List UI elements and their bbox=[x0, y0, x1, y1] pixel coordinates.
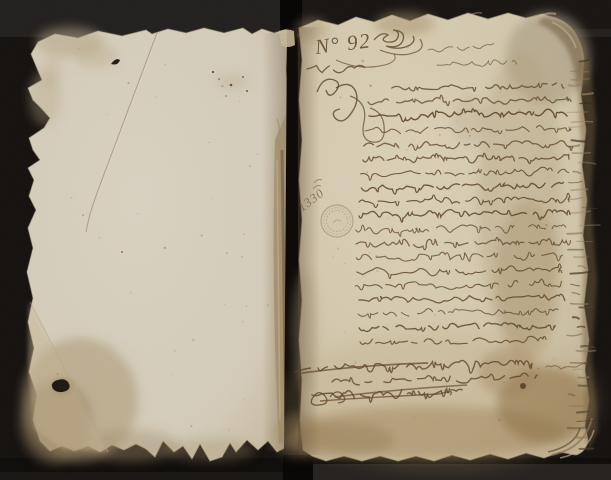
manuscript-scan-viewport: N° 92 1330 bbox=[0, 0, 611, 480]
manuscript-photo: N° 92 1330 bbox=[0, 0, 611, 480]
film-grain-overlay bbox=[0, 0, 611, 480]
